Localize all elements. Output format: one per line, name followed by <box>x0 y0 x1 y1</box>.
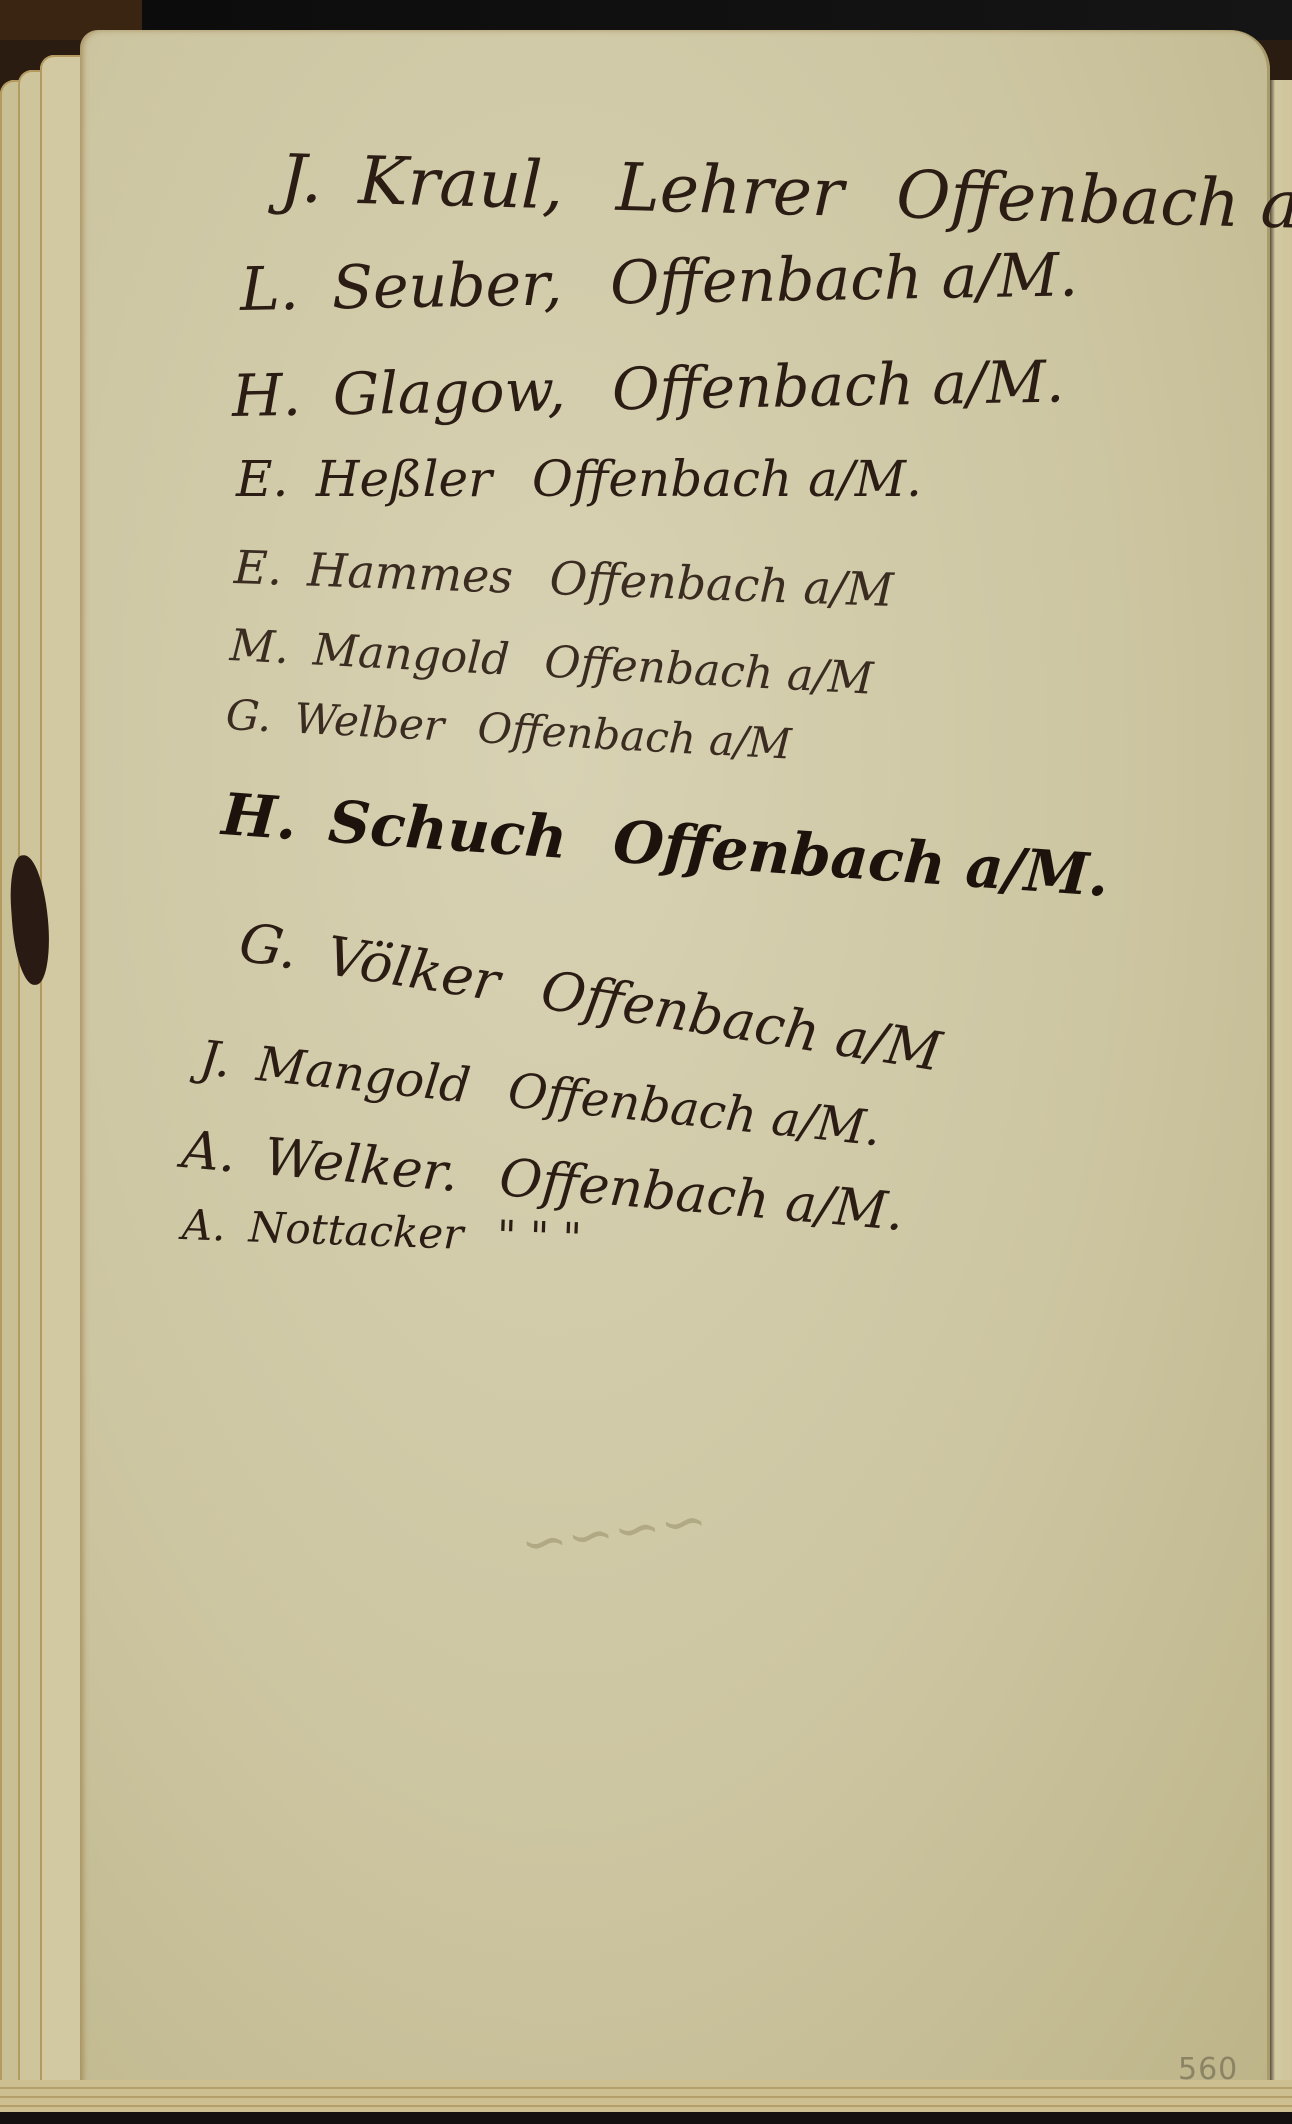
entry-name: Schuch <box>326 788 569 873</box>
entry-initial: J. <box>197 1030 233 1089</box>
entry-occupation: Lehrer <box>615 149 845 232</box>
entry-list: J.Kraul,LehrerOffenbach a/M. L.Seuber,Of… <box>0 0 1292 2124</box>
entry-place: Offenbach a/M <box>476 703 792 768</box>
scanner-background <box>0 2112 1292 2124</box>
entry-name: Hammes <box>307 543 514 604</box>
entry-place: Offenbach a/M. <box>610 240 1079 318</box>
entry-row: H.Glagow,Offenbach a/M. <box>231 347 1064 430</box>
entry-place: Offenbach a/M. <box>532 450 922 508</box>
entry-initial: E. <box>233 540 283 596</box>
entry-initial: L. <box>239 254 299 325</box>
entry-name: Nottacker <box>248 1202 464 1258</box>
entry-place: Offenbach a/M. <box>611 347 1064 423</box>
entry-initial: A. <box>179 1120 238 1184</box>
entry-initial: M. <box>229 620 291 674</box>
entry-initial: H. <box>231 361 301 430</box>
entry-row: L.Seuber,Offenbach a/M. <box>239 240 1078 325</box>
entry-initial: H. <box>220 780 300 853</box>
entry-name: Glagow, <box>332 356 566 428</box>
entry-row: H.SchuchOffenbach a/M. <box>220 780 1111 910</box>
entry-initial: J. <box>279 140 323 218</box>
entry-name: Mangold <box>312 624 511 685</box>
entry-initial: A. <box>181 1200 226 1250</box>
entry-name: Seuber, <box>331 249 563 323</box>
entry-place: Offenbach a/M. <box>611 807 1111 909</box>
entry-row: E.HeßlerOffenbach a/M. <box>236 450 922 508</box>
entry-initial: G. <box>235 910 303 981</box>
entry-place: Offenbach a/M <box>549 551 895 617</box>
entry-initial: E. <box>236 450 288 508</box>
entry-name: Völker <box>322 924 504 1013</box>
entry-place: " " " <box>496 1211 582 1263</box>
entry-name: Welber <box>293 694 445 751</box>
entry-place: Offenbach a/M. <box>895 156 1292 246</box>
entry-name: Welker. <box>262 1127 461 1204</box>
entry-initial: G. <box>225 690 273 741</box>
entry-row: E.HammesOffenbach a/M <box>233 540 894 617</box>
entry-name: Mangold <box>254 1036 473 1114</box>
entry-row: J.Kraul,LehrerOffenbach a/M. <box>279 140 1292 247</box>
entry-place: Offenbach a/M. <box>505 1063 883 1158</box>
entry-name: Heßler <box>316 450 492 508</box>
entry-place: Offenbach a/M <box>543 637 874 705</box>
entry-row: M.MangoldOffenbach a/M <box>229 620 875 705</box>
entry-place: Offenbach a/M <box>537 958 946 1083</box>
entry-name: Kraul, <box>358 142 565 224</box>
entry-row: G.WelberOffenbach a/M <box>225 690 793 769</box>
